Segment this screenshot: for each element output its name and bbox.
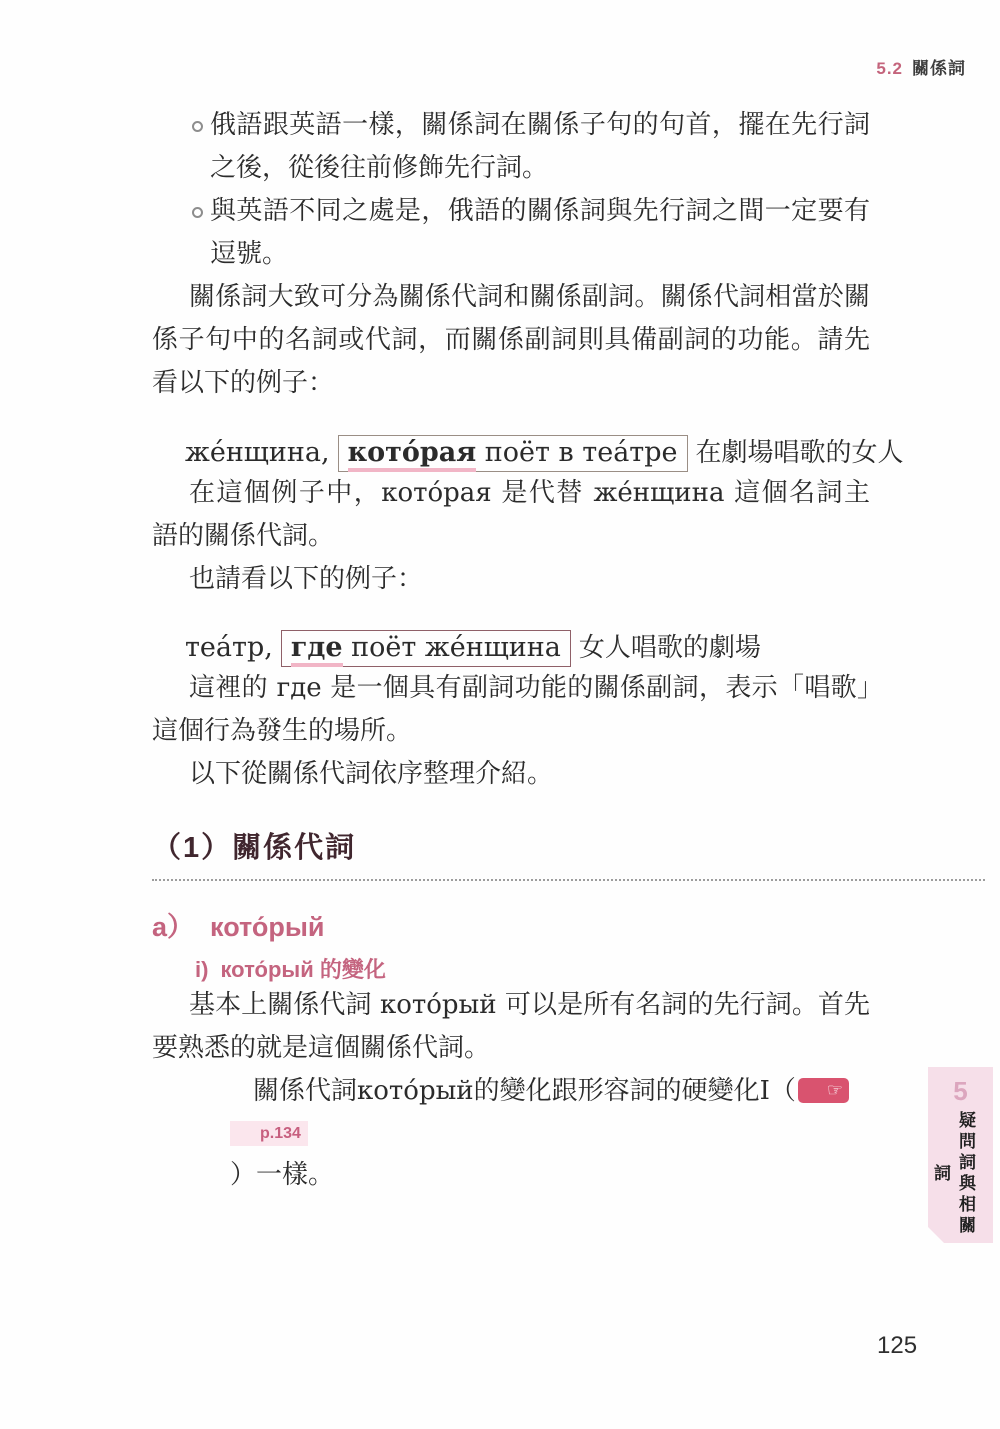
- relative-clause-rest: поёт же́нщина: [343, 632, 561, 663]
- pointing-hand-icon: ☞: [798, 1078, 849, 1103]
- book-page: 5.2關係詞 俄語跟英語一樣，關係詞在關係子句的句首，擺在先行詞之後，從後往前修…: [0, 0, 1000, 1429]
- list-item: 俄語跟英語一樣，關係詞在關係子句的句首，擺在先行詞之後，從後往前修飾先行詞。: [152, 104, 870, 190]
- example-sentence-1: же́нщина,кото́рая поёт в теа́тре在劇場唱歌的女人: [185, 432, 870, 472]
- russian-word: кото́рый: [357, 1076, 474, 1106]
- body-paragraph-1: 基本上關係代詞 кото́рый 可以是所有名詞的先行詞。首先要熟悉的就是這個關…: [152, 984, 870, 1070]
- subsection-i-heading: i)кото́рый 的變化: [195, 953, 870, 984]
- body-paragraph-2: 關係代詞кото́рый的變化跟形容詞的硬變化I（☞p.134 ）一樣。: [230, 1070, 870, 1196]
- example-translation: 在劇場唱歌的女人: [696, 438, 904, 468]
- subsection-i-word: кото́рый: [220, 957, 313, 982]
- relative-clause-rest: поёт в теа́тре: [476, 437, 677, 468]
- running-head-section-number: 5.2: [876, 59, 903, 78]
- chapter-tab-number: 5: [928, 1076, 993, 1107]
- relative-clause-box: где поёт же́нщина: [281, 630, 571, 667]
- chapter-tab-title: 疑問詞與相關詞: [928, 1111, 978, 1237]
- text-run: 在這個例子中，: [189, 478, 381, 508]
- russian-word: же́нщина: [594, 478, 725, 508]
- main-text-column: 俄語跟英語一樣，關係詞在關係子句的句首，擺在先行詞之後，從後往前修飾先行詞。 與…: [152, 104, 870, 1196]
- chapter-thumb-tab: 5 疑問詞與相關詞: [928, 1067, 993, 1243]
- analysis-paragraph-2: 這裡的 где 是一個具有副詞功能的關係副詞，表示「唱歌」這個行為發生的場所。: [152, 667, 870, 753]
- see-also-line: 也請看以下的例子：: [152, 558, 870, 601]
- text-run: 的變化跟形容詞的硬變化I（: [474, 1076, 796, 1106]
- text-run: 關係代詞: [253, 1076, 357, 1106]
- bullet-circle-icon: [192, 121, 203, 132]
- subsection-a-heading: a）кото́рый: [152, 905, 870, 944]
- text-run: 基本上關係代詞: [189, 990, 380, 1020]
- bullet-list: 俄語跟英語一樣，關係詞在關係子句的句首，擺在先行詞之後，從後往前修飾先行詞。 與…: [152, 104, 870, 276]
- list-item: 與英語不同之處是，俄語的關係詞與先行詞之間一定要有逗號。: [152, 190, 870, 276]
- text-run: 這裡的: [189, 673, 277, 703]
- relative-clause-box: кото́рая поёт в теа́тре: [338, 435, 688, 472]
- relative-word-highlight: где: [291, 632, 343, 667]
- russian-word: кото́рая: [381, 478, 492, 508]
- russian-word: кото́рый: [380, 990, 497, 1020]
- text-run: 是代替: [492, 478, 594, 508]
- russian-antecedent: теа́тр,: [185, 632, 273, 663]
- russian-antecedent: же́нщина,: [185, 437, 330, 468]
- subsection-i-label: i): [195, 957, 208, 982]
- cross-reference-page-label: p.134: [230, 1121, 308, 1146]
- page-number: 125: [877, 1332, 917, 1360]
- subsection-a-word: кото́рый: [210, 912, 325, 942]
- running-head: 5.2關係詞: [876, 54, 966, 79]
- subsection-i-suffix: 的變化: [314, 957, 386, 982]
- lead-in-paragraph: 以下從關係代詞依序整理介紹。: [152, 753, 870, 796]
- intro-paragraph: 關係詞大致可分為關係代詞和關係副詞。關係代詞相當於關係子句中的名詞或代詞，而關係…: [152, 276, 870, 405]
- running-head-section-title: 關係詞: [912, 59, 966, 78]
- subsection-a-label: a）: [152, 912, 194, 942]
- body-paragraph-2-line2: ）一樣。: [230, 1154, 870, 1196]
- section-heading-relative-pronouns: （1）關係代詞: [152, 825, 985, 881]
- body-paragraph-2-line1: 關係代詞кото́рый的變化跟形容詞的硬變化I（☞p.134: [230, 1070, 870, 1154]
- relative-word-highlight: кото́рая: [348, 437, 477, 472]
- bullet-text: 與英語不同之處是，俄語的關係詞與先行詞之間一定要有逗號。: [210, 196, 870, 269]
- example-translation: 女人唱歌的劇場: [579, 633, 761, 663]
- russian-word: где: [277, 673, 322, 703]
- example-sentence-2: теа́тр,где поёт же́нщина女人唱歌的劇場: [185, 627, 870, 667]
- bullet-circle-icon: [192, 207, 203, 218]
- analysis-paragraph-1: 在這個例子中，кото́рая 是代替 же́нщина 這個名詞主語的關係代詞…: [152, 472, 870, 558]
- bullet-text: 俄語跟英語一樣，關係詞在關係子句的句首，擺在先行詞之後，從後往前修飾先行詞。: [210, 110, 870, 183]
